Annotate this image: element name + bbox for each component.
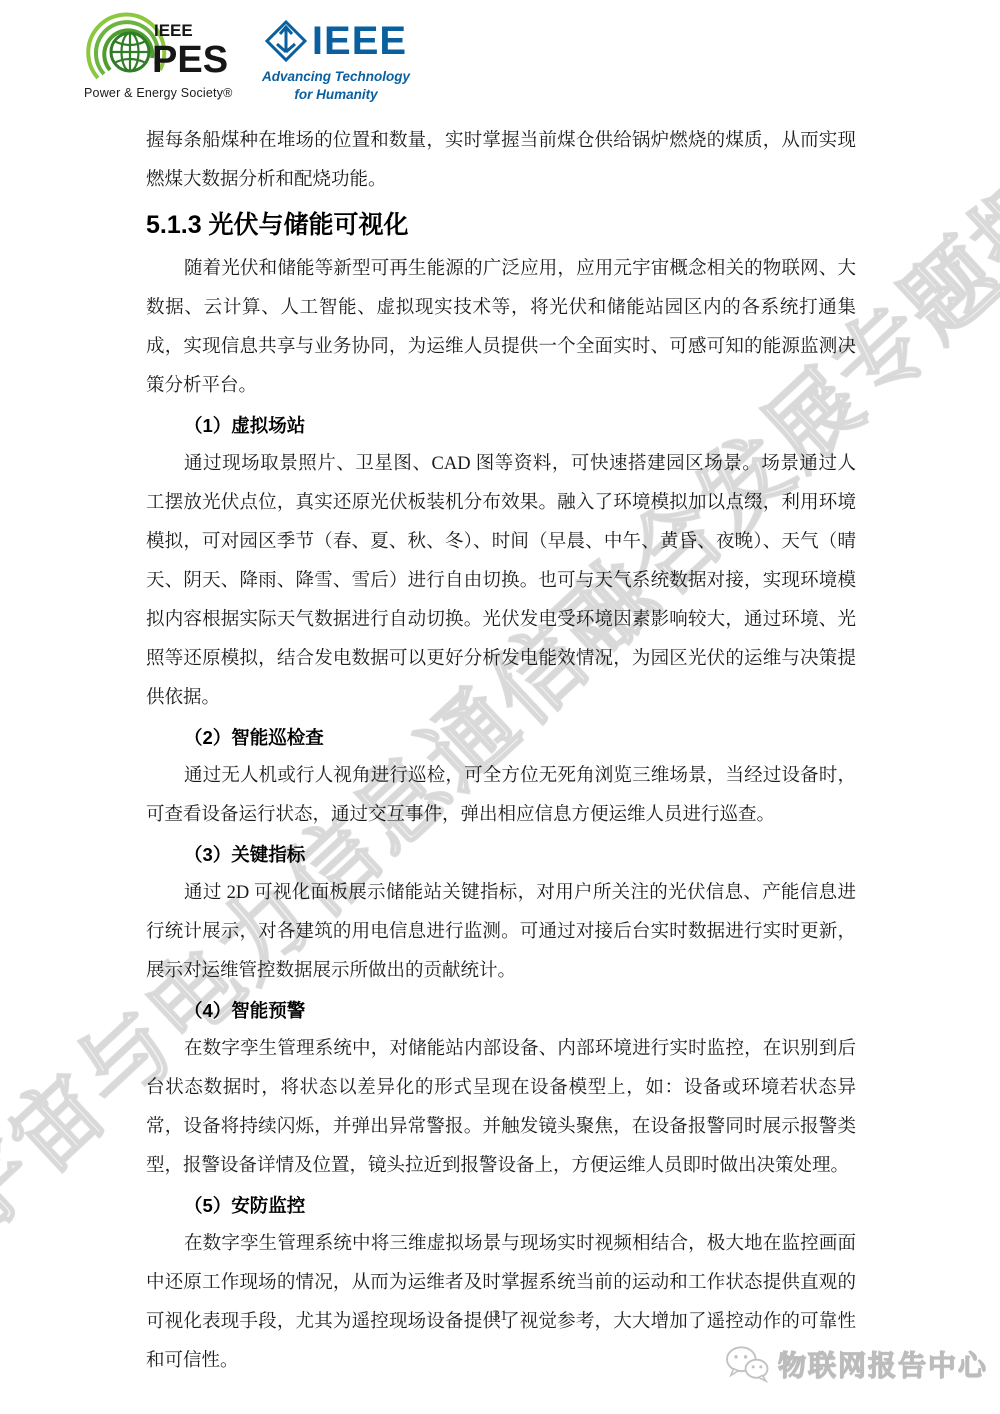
ieee-wordmark: IEEE — [312, 21, 407, 61]
ieee-tagline: Advancing Technology for Humanity — [262, 68, 410, 104]
subheading-2-smart-inspection: （2）智能巡检查 — [146, 718, 856, 757]
paragraph-key-indicators: 通过 2D 可视化面板展示储能站关键指标，对用户所关注的光伏信息、产能信息进行统… — [146, 874, 856, 991]
page-number: 31 — [0, 1308, 1000, 1325]
ieee-tagline-line1: Advancing Technology — [262, 69, 410, 84]
paragraph-continued: 握每条船煤种在堆场的位置和数量，实时掌握当前煤仓供给锅炉燃烧的煤质，从而实现燃煤… — [146, 122, 856, 200]
pes-globe-icon: IEEE PES — [84, 8, 236, 88]
svg-text:IEEE: IEEE — [154, 21, 193, 40]
subheading-1-virtual-station: （1）虚拟场站 — [146, 406, 856, 445]
branding-watermark: 物联网报告中心 — [724, 1344, 988, 1384]
subheading-3-key-indicators: （3）关键指标 — [146, 835, 856, 874]
document-content: 握每条船煤种在堆场的位置和数量，实时掌握当前煤仓供给锅炉燃烧的煤质，从而实现燃煤… — [146, 122, 856, 1381]
ieee-logo: IEEE Advancing Technology for Humanity — [262, 20, 410, 104]
paragraph-intro: 随着光伏和储能等新型可再生能源的广泛应用，应用元宇宙概念相关的物联网、大数据、云… — [146, 250, 856, 406]
page-header: IEEE PES Power & Energy Society® IEEE Ad… — [84, 8, 410, 104]
ieee-tagline-line2: for Humanity — [294, 87, 377, 102]
ieee-pes-logo: IEEE PES Power & Energy Society® — [84, 8, 236, 100]
section-heading: 5.1.3 光伏与储能可视化 — [146, 203, 856, 247]
branding-text: 物联网报告中心 — [778, 1344, 988, 1384]
ieee-diamond-icon — [265, 20, 307, 62]
paragraph-virtual-station: 通过现场取景照片、卫星图、CAD 图等资料，可快速搭建园区场景。场景通过人工摆放… — [146, 445, 856, 718]
paragraph-smart-warning: 在数字孪生管理系统中，对储能站内部设备、内部环境进行实时监控，在识别到后台状态数… — [146, 1030, 856, 1186]
subheading-5-security-monitoring: （5）安防监控 — [146, 1186, 856, 1225]
document-page: 元宇宙与电力信息通信融合发展专题报告 IEEE PES Power & Ener… — [0, 0, 1000, 1414]
pes-subtitle: Power & Energy Society® — [84, 86, 233, 100]
svg-text:PES: PES — [152, 39, 228, 81]
paragraph-smart-inspection: 通过无人机或行人视角进行巡检，可全方位无死角浏览三维场景，当经过设备时，可查看设… — [146, 757, 856, 835]
subheading-4-smart-warning: （4）智能预警 — [146, 991, 856, 1030]
wechat-icon — [724, 1344, 770, 1384]
